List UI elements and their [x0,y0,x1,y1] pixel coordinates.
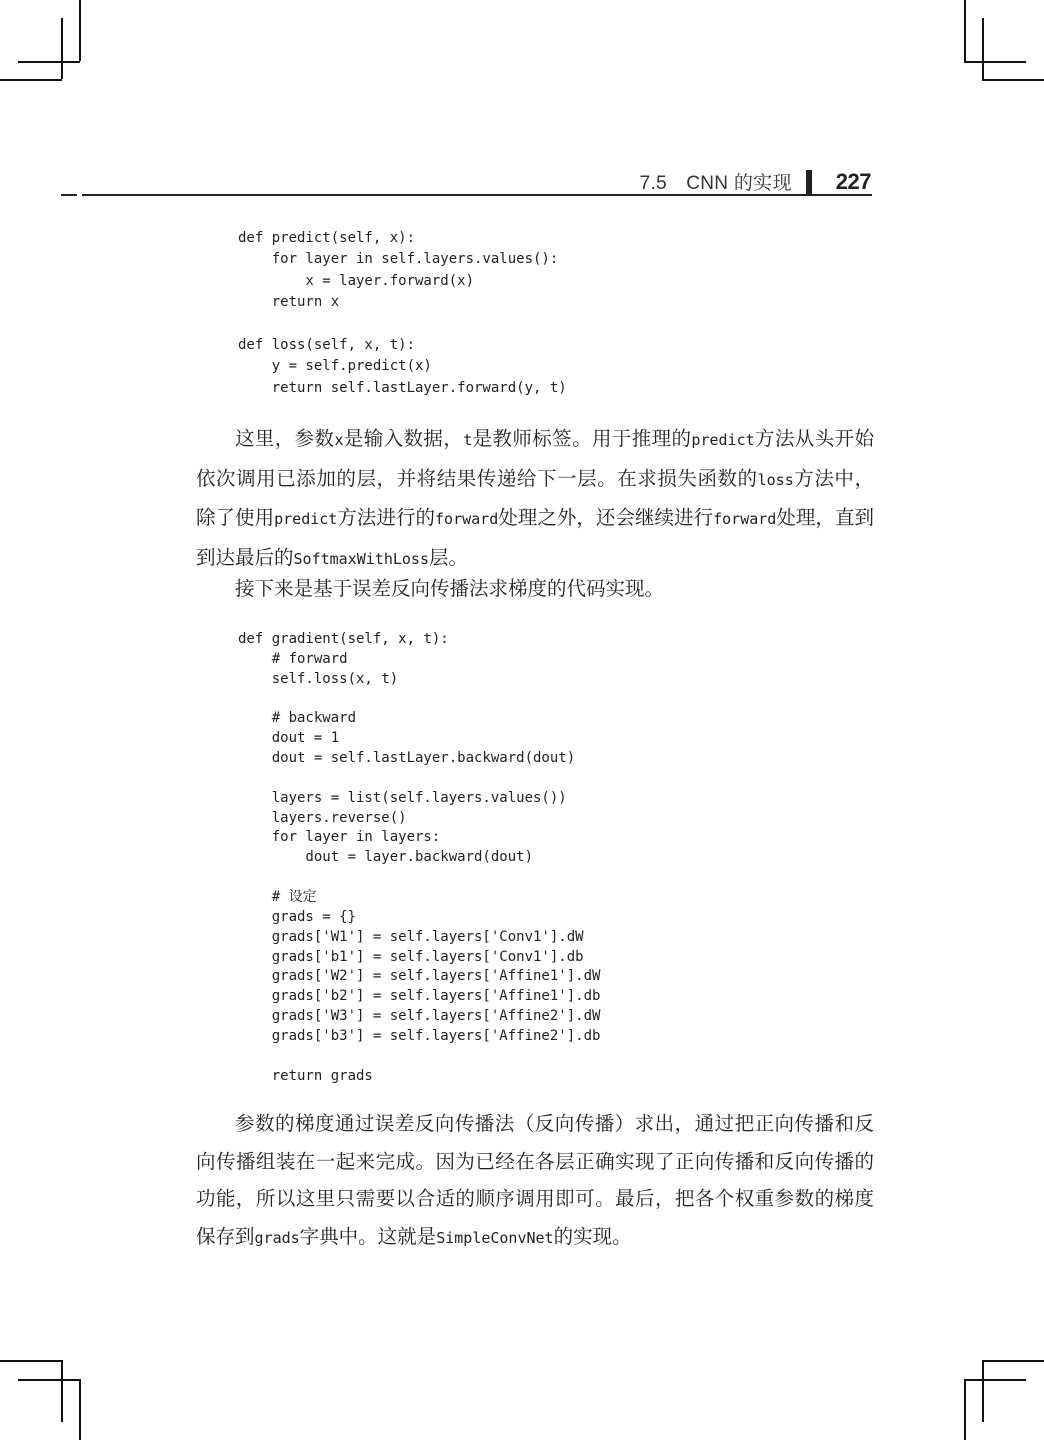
crop-mark-bottom-right [964,1379,1026,1381]
section-title: 7.5 CNN 的实现 [640,168,792,195]
crop-mark-top-right [964,61,1026,63]
code-block-gradient: def gradient(self, x, t): # forward self… [238,630,600,1086]
crop-mark-top-left [61,18,63,79]
crop-mark-bottom-right [982,1360,984,1422]
header-rule [82,194,872,196]
crop-mark-bottom-left [18,1379,80,1381]
inline-code: predict [274,510,337,528]
header-bar [806,170,812,194]
crop-mark-bottom-left [79,1379,81,1440]
paragraph-text: 接下来是基于误差反向传播法求梯度的代码实现。 [196,570,874,608]
crop-mark-top-right [964,0,966,61]
crop-mark-top-left [0,79,62,81]
crop-mark-top-left [18,61,80,63]
inline-code: t [463,431,472,449]
crop-mark-top-right [982,79,1044,81]
paragraph-explanation-predict: 这里，参数x是输入数据，t是教师标签。用于推理的predict方法从头开始依次调… [196,420,874,578]
crop-mark-bottom-left [61,1360,63,1422]
header-rule-stub [61,194,77,196]
crop-mark-top-right [982,18,984,79]
paragraph-gradient-intro: 接下来是基于误差反向传播法求梯度的代码实现。 [196,570,874,608]
inline-code: grads [255,1229,300,1247]
inline-code: loss [758,471,794,489]
crop-mark-bottom-right [964,1379,966,1440]
page-number: 227 [836,169,871,195]
inline-code: predict [691,431,754,449]
code-block-predict-loss: def predict(self, x): for layer in self.… [238,228,567,399]
crop-mark-bottom-right [982,1360,1044,1362]
paragraph-gradient-summary: 参数的梯度通过误差反向传播法（反向传播）求出，通过把正向传播和反向传播组装在一起… [196,1105,874,1257]
inline-code: SoftmaxWithLoss [294,550,429,568]
paragraph-text: 这里，参数x是输入数据，t是教师标签。用于推理的predict方法从头开始依次调… [196,420,874,578]
inline-code: forward [435,510,498,528]
running-head: 7.5 CNN 的实现 227 [640,168,871,195]
inline-code: SimpleConvNet [436,1229,553,1247]
crop-mark-top-left [79,0,81,61]
inline-code: x [334,431,343,449]
crop-mark-bottom-left [0,1360,62,1362]
paragraph-text: 参数的梯度通过误差反向传播法（反向传播）求出，通过把正向传播和反向传播组装在一起… [196,1105,874,1257]
inline-code: forward [713,510,776,528]
